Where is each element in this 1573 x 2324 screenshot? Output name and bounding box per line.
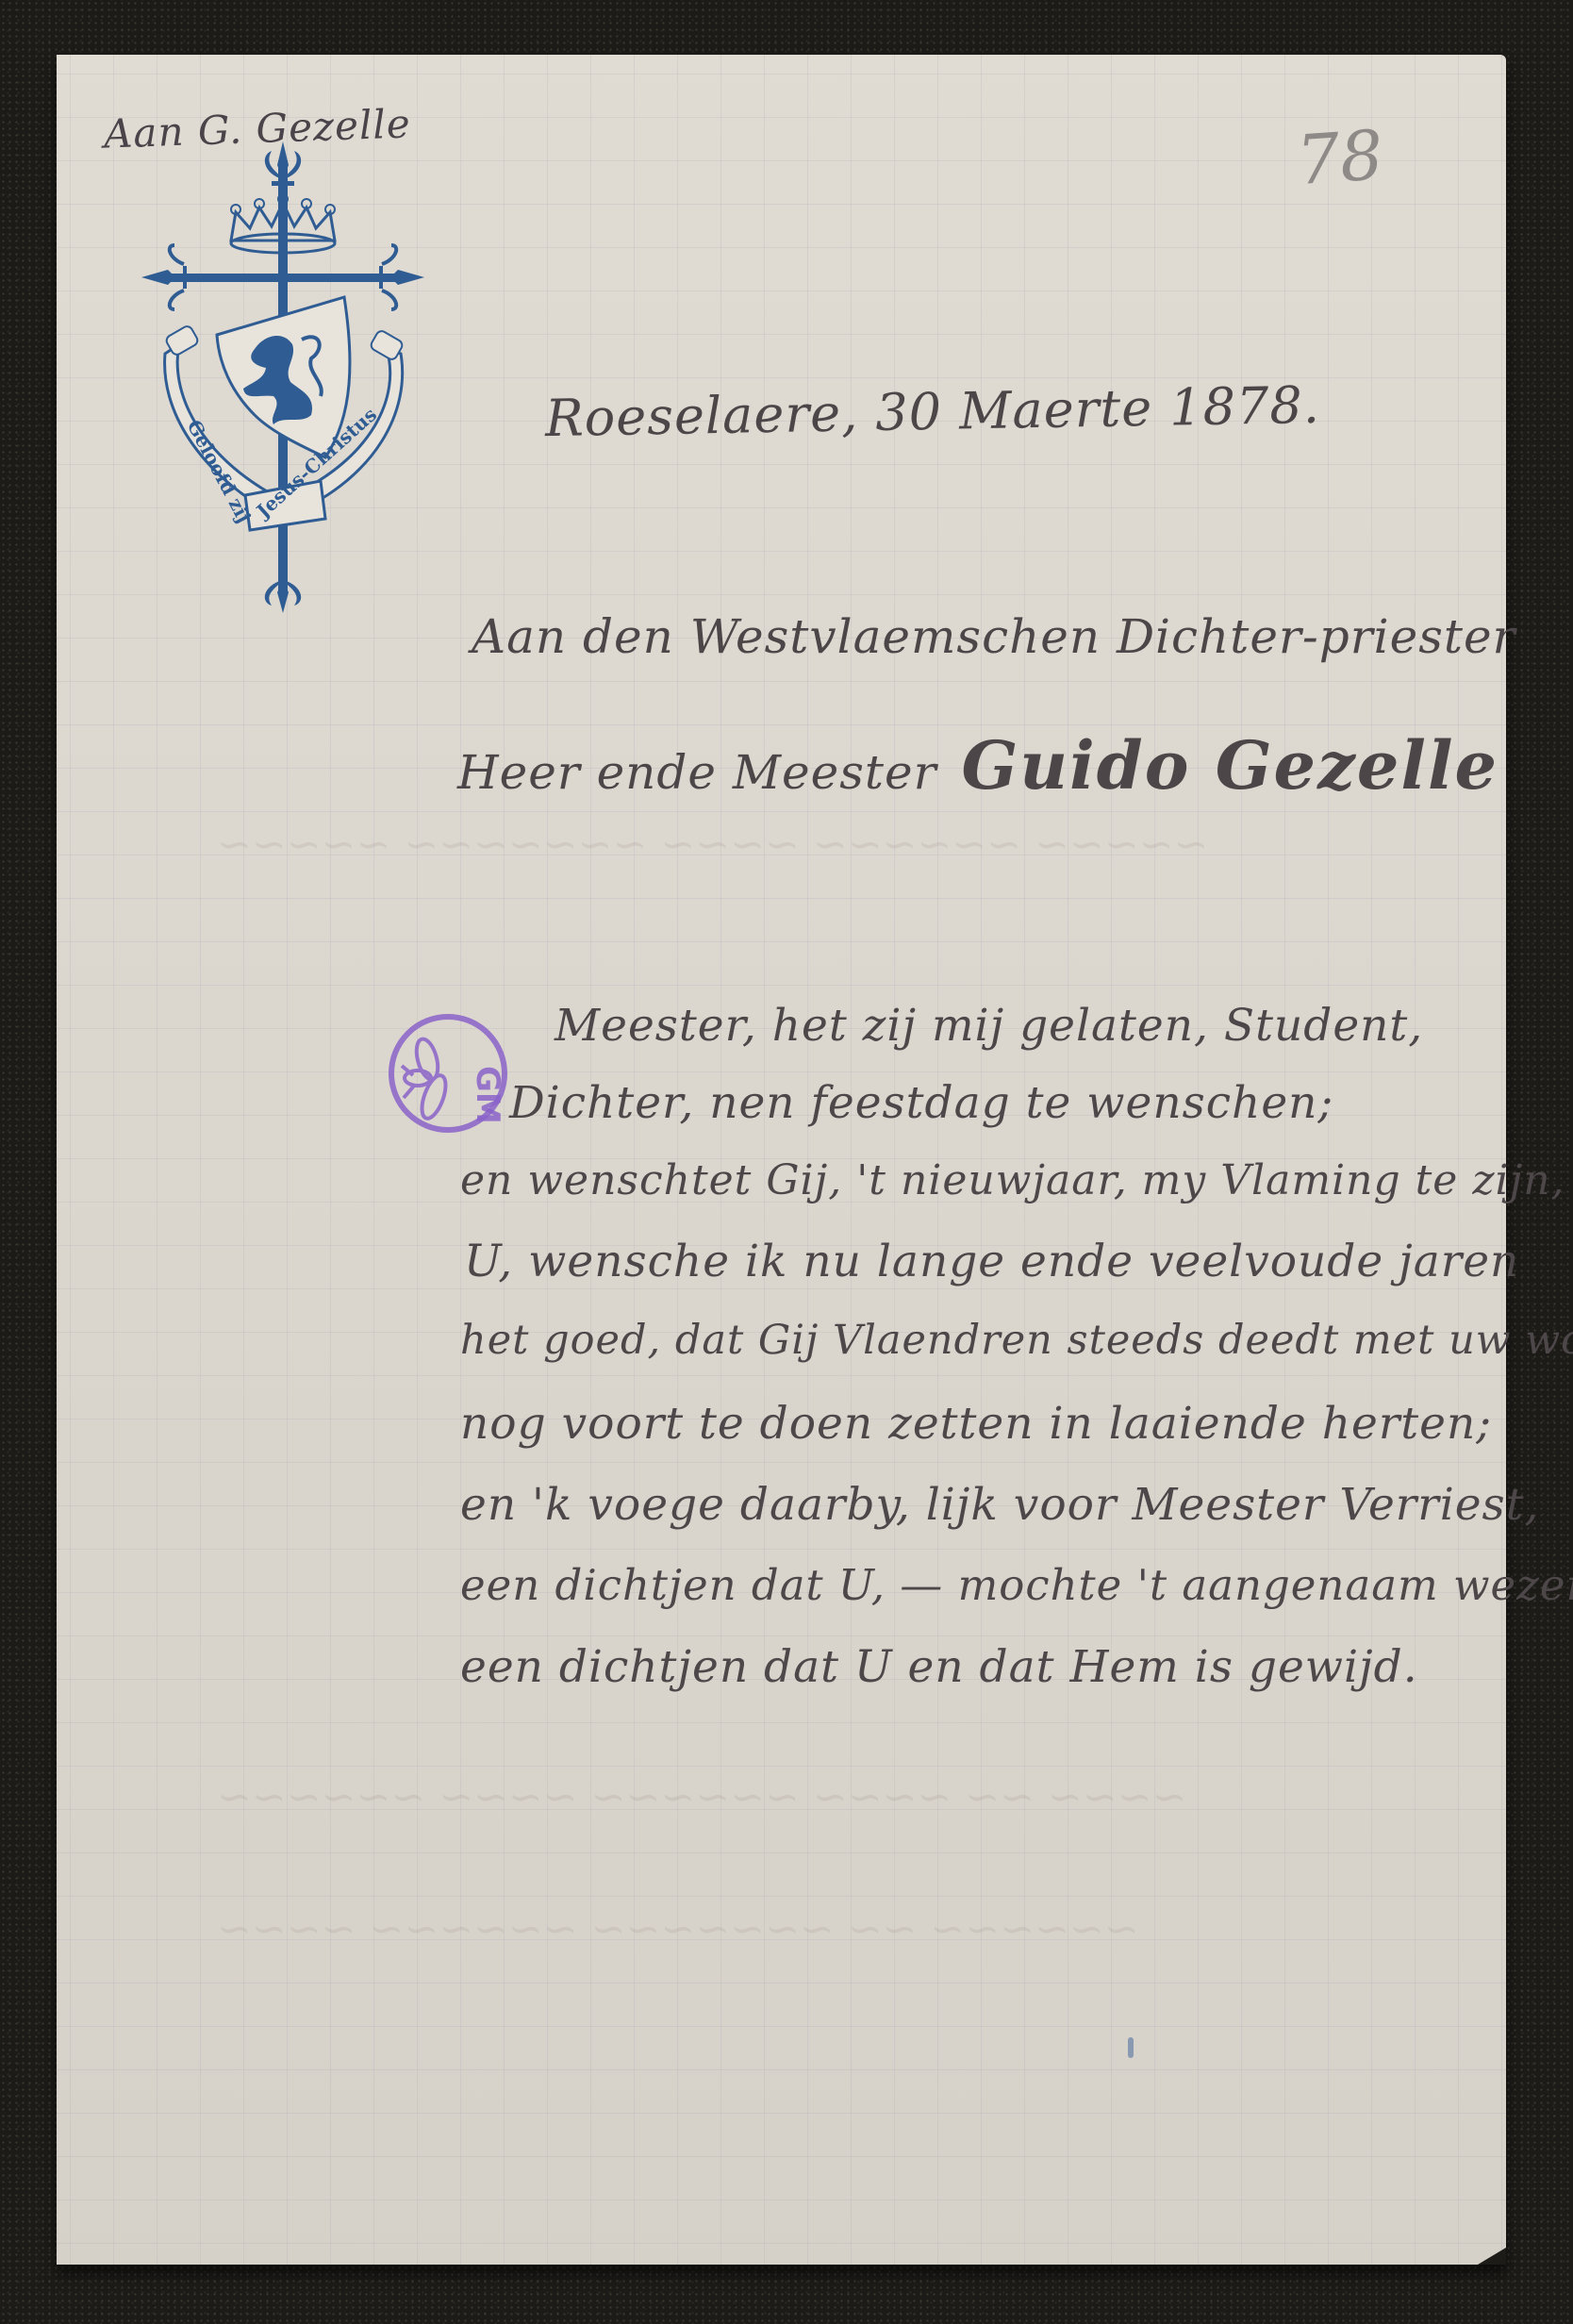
body-line: en wenschtet Gij, 't nieuwjaar, my Vlami… (460, 1156, 1565, 1204)
letterhead-crest-icon: Geloofd zij Jesus-Christus (141, 141, 424, 613)
collection-stamp-icon: GM (385, 1007, 512, 1139)
salutation-prefix: Heer ende Meester (457, 745, 936, 800)
addressee-name: Guido Gezelle (961, 726, 1498, 805)
body-line: en 'k voege daarby, lijk voor Meester Ve… (460, 1479, 1540, 1531)
stamp-monogram: GM (469, 1066, 506, 1124)
salutation-line-2: Heer ende MeesterGuido Gezelle (457, 726, 1498, 805)
show-through-text: ~~~~ ~~ ~~~~ ~~~~~~ ~~~~ ~~~~~~ (217, 1773, 1186, 1821)
body-line: Meester, het zij mij gelaten, Student, (555, 1000, 1423, 1052)
body-line: U, wensche ik nu lange ende veelvoude ja… (464, 1236, 1519, 1287)
body-line: nog voort te doen zetten in laaiende her… (460, 1398, 1492, 1450)
pencil-page-number: 78 (1294, 115, 1385, 200)
ink-spot (1128, 2037, 1134, 2058)
show-through-text: ~~~~~~ ~~ ~~~~~~~ ~~~~~~ ~~~~ (217, 1905, 1139, 1953)
motto-left: Geloofd zij (183, 416, 256, 526)
body-line: het goed, dat Gij Vlaendren steeds deedt… (460, 1317, 1573, 1364)
salutation-line-1: Aan den Westvlaemschen Dichter-priester (472, 609, 1515, 664)
body-line: Dichter, nen feestdag te wenschen; (509, 1077, 1333, 1129)
body-line: een dichtjen dat U, — mochte 't aangenaa… (460, 1560, 1573, 1610)
body-line: een dichtjen dat U en dat Hem is gewijd. (460, 1641, 1418, 1693)
show-through-text: ~~~~~ ~~~~~~ ~~~~ ~~~~~~~ ~~~~~ (217, 821, 1208, 869)
